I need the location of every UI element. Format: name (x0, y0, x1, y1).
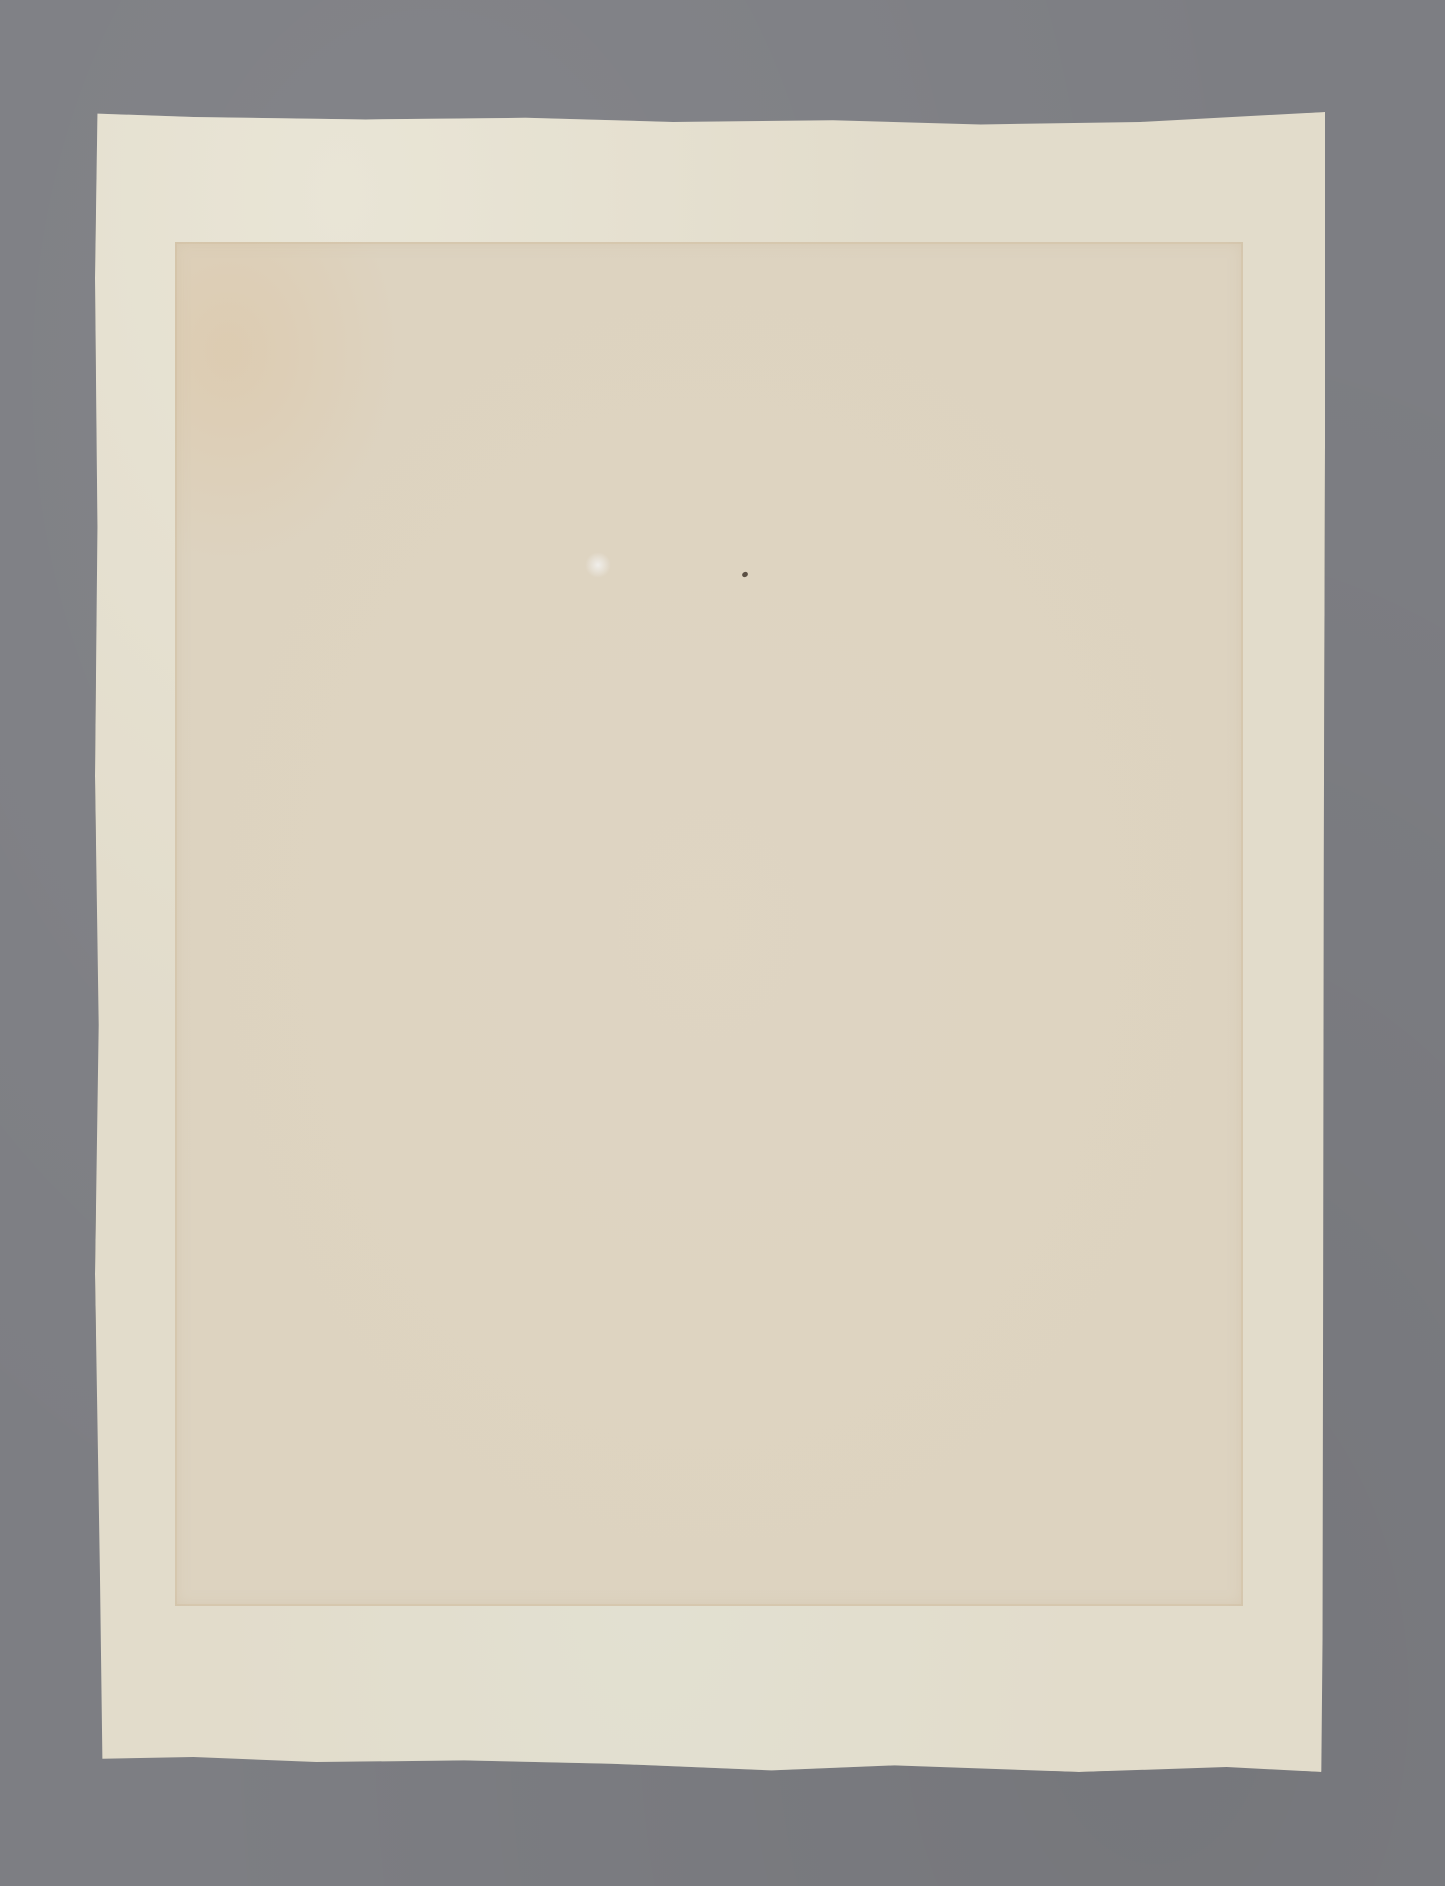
paper-sheet (95, 112, 1325, 1772)
plate-mark-impression (175, 242, 1243, 1606)
light-spot (585, 552, 611, 578)
